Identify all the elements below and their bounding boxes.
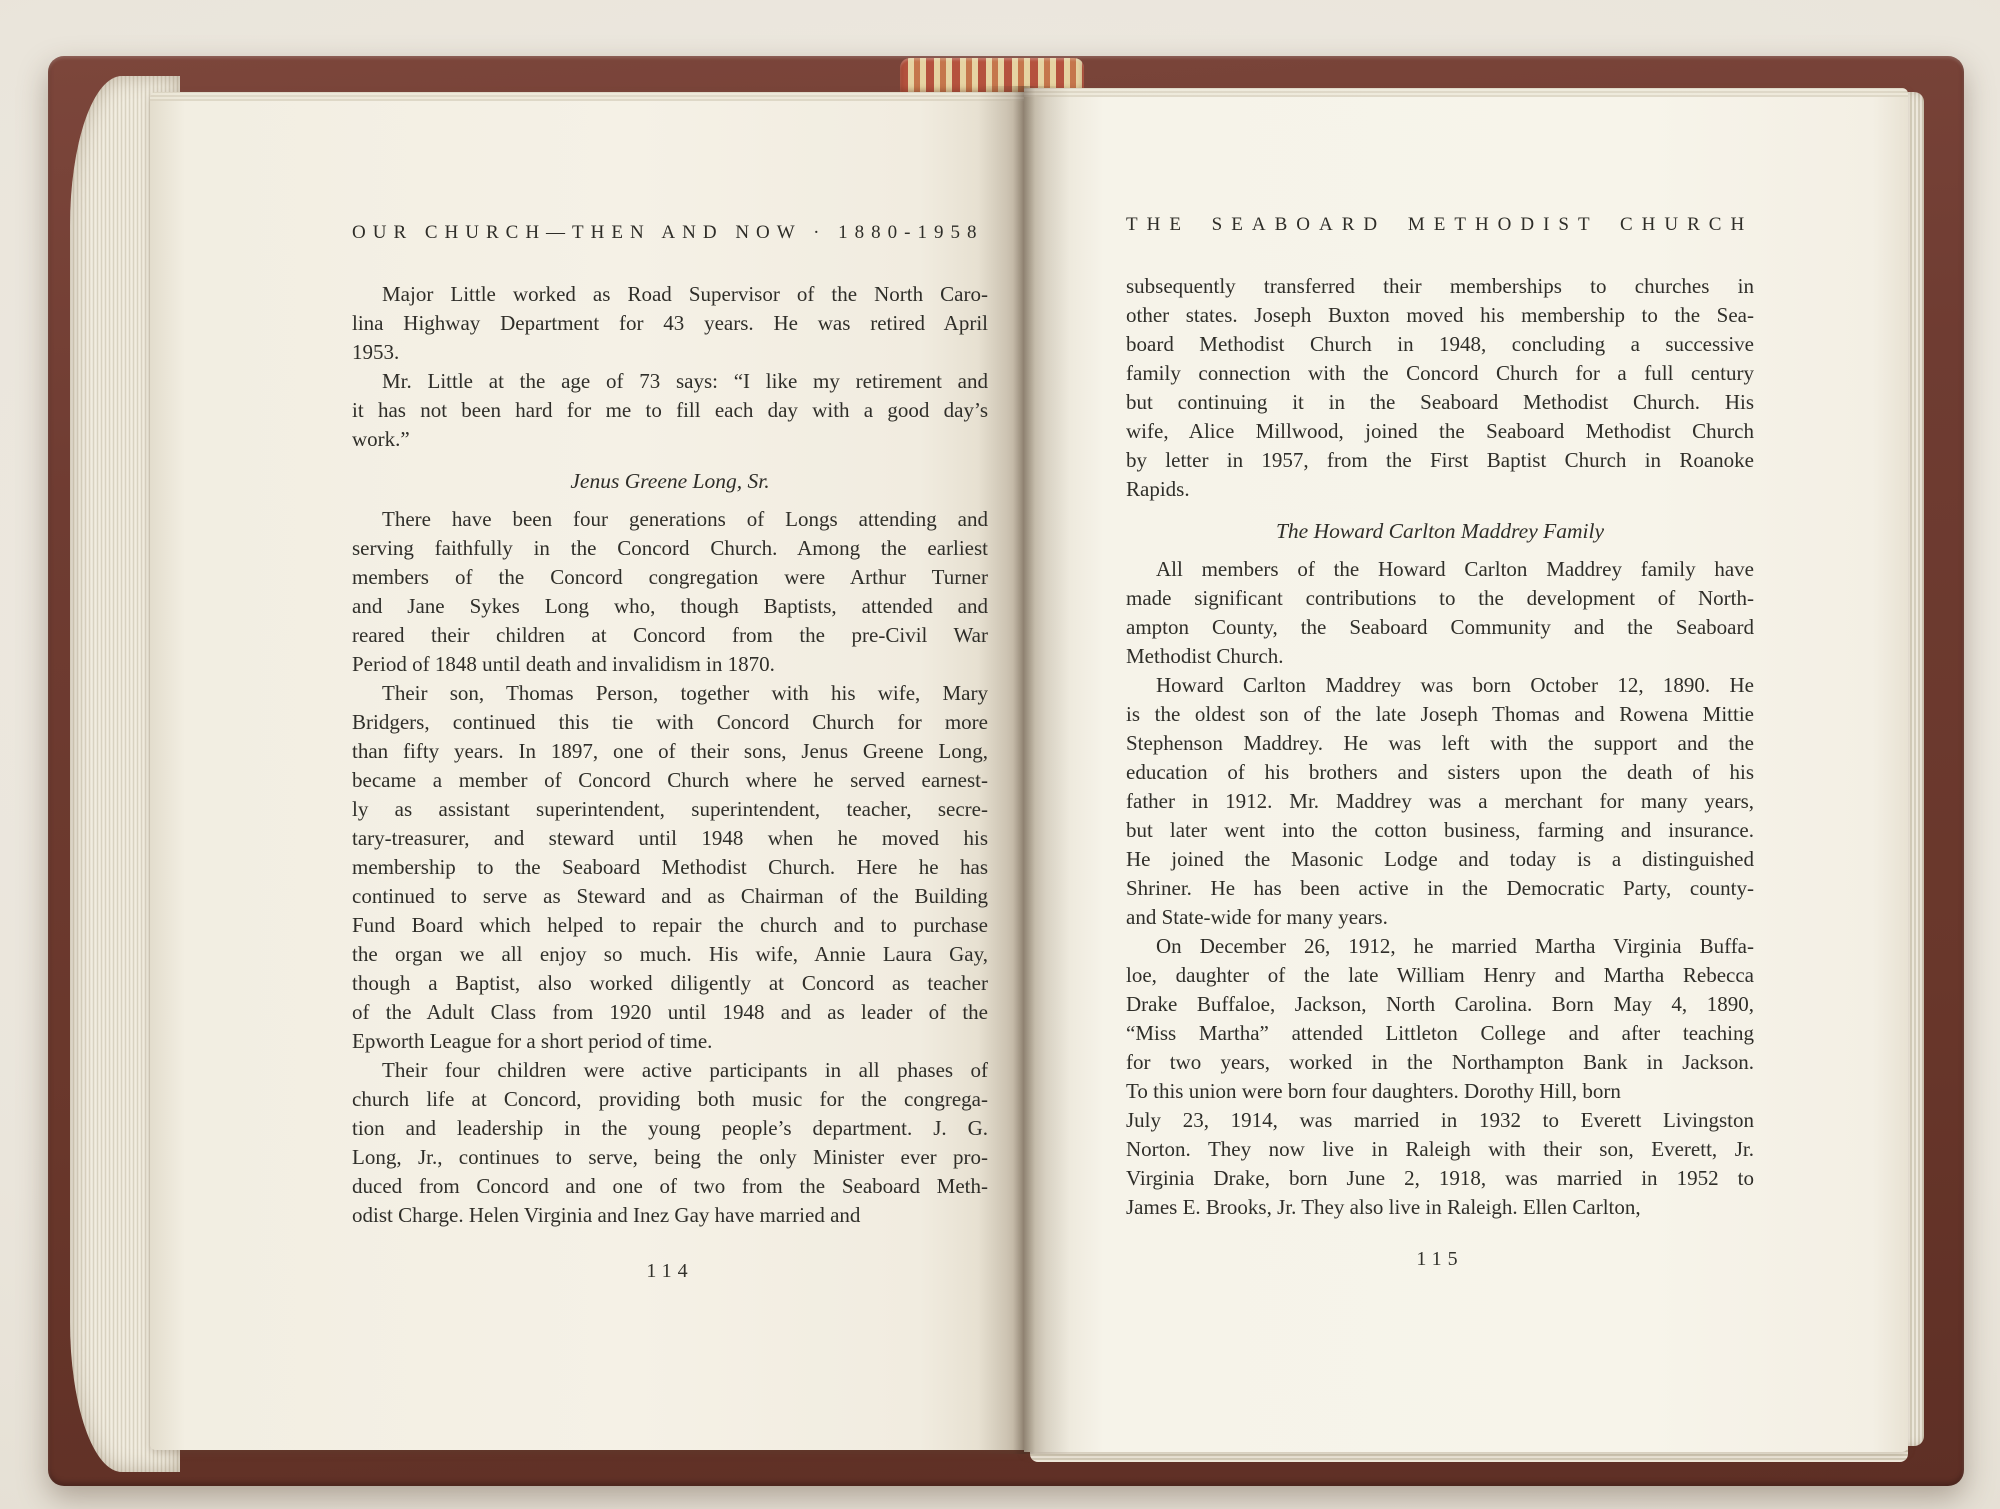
running-head-left: OUR CHURCH—THEN AND NOW · 1880-1958 <box>352 222 988 244</box>
open-book-photo: OUR CHURCH—THEN AND NOW · 1880-1958 Majo… <box>0 0 2000 1509</box>
text-line: church life at Concord, providing both m… <box>352 1085 988 1114</box>
text-line: father in 1912. Mr. Maddrey was a mercha… <box>1126 787 1754 816</box>
text-line: All members of the Howard Carlton Maddre… <box>1126 555 1754 584</box>
text-line: tary-treasurer, and steward until 1948 w… <box>352 824 988 853</box>
text-line: reared their children at Concord from th… <box>352 621 988 650</box>
text-line: Their four children were active particip… <box>352 1056 988 1085</box>
text-line: Shriner. He has been active in the Democ… <box>1126 874 1754 903</box>
text-line: members of the Concord congregation were… <box>352 563 988 592</box>
text-line: but later went into the cotton business,… <box>1126 816 1754 845</box>
text-line: Fund Board which helped to repair the ch… <box>352 911 988 940</box>
page-number-right: 115 <box>1126 1248 1754 1271</box>
paragraph: On December 26, 1912, he married Martha … <box>1126 932 1754 1106</box>
paragraph: Their son, Thomas Person, together with … <box>352 679 988 1056</box>
paragraph: subsequently transferred their membershi… <box>1126 272 1754 504</box>
text-line: ampton County, the Seaboard Community an… <box>1126 613 1754 642</box>
running-head-right: THE SEABOARD METHODIST CHURCH <box>1126 214 1754 236</box>
text-line: and Jane Sykes Long who, though Baptists… <box>352 592 988 621</box>
text-line: Rapids. <box>1126 475 1754 504</box>
text-line: Bridgers, continued this tie with Concor… <box>352 708 988 737</box>
text-line: 1953. <box>352 338 988 367</box>
text-line: became a member of Concord Church where … <box>352 766 988 795</box>
text-line: the organ we all enjoy so much. His wife… <box>352 940 988 969</box>
text-line: Period of 1848 until death and invalidis… <box>352 650 988 679</box>
text-line: serving faithfully in the Concord Church… <box>352 534 988 563</box>
text-line: Virginia Drake, born June 2, 1918, was m… <box>1126 1164 1754 1193</box>
text-line: by letter in 1957, from the First Baptis… <box>1126 446 1754 475</box>
text-line: To this union were born four daughters. … <box>1126 1077 1754 1106</box>
text-line: than fifty years. In 1897, one of their … <box>352 737 988 766</box>
text-line: On December 26, 1912, he married Martha … <box>1126 932 1754 961</box>
text-line: “Miss Martha” attended Littleton College… <box>1126 1019 1754 1048</box>
paragraph: July 23, 1914, was married in 1932 to Ev… <box>1126 1106 1754 1222</box>
text-line: made significant contributions to the de… <box>1126 584 1754 613</box>
text-line: tion and leadership in the young people’… <box>352 1114 988 1143</box>
text-line: education of his brothers and sisters up… <box>1126 758 1754 787</box>
page-number-left: 114 <box>352 1260 988 1283</box>
text-line: Howard Carlton Maddrey was born October … <box>1126 671 1754 700</box>
left-page-body: Major Little worked as Road Supervisor o… <box>352 280 988 1230</box>
text-line: wife, Alice Millwood, joined the Seaboar… <box>1126 417 1754 446</box>
text-line: There have been four generations of Long… <box>352 505 988 534</box>
text-line: continued to serve as Steward and as Cha… <box>352 882 988 911</box>
text-line: and State-wide for many years. <box>1126 903 1754 932</box>
paragraph: Major Little worked as Road Supervisor o… <box>352 280 988 367</box>
text-line: other states. Joseph Buxton moved his me… <box>1126 301 1754 330</box>
text-line: Norton. They now live in Raleigh with th… <box>1126 1135 1754 1164</box>
text-line: Their son, Thomas Person, together with … <box>352 679 988 708</box>
text-line: Drake Buffaloe, Jackson, North Carolina.… <box>1126 990 1754 1019</box>
paragraph: Their four children were active particip… <box>352 1056 988 1230</box>
text-line: duced from Concord and one of two from t… <box>352 1172 988 1201</box>
text-line: Long, Jr., continues to serve, being the… <box>352 1143 988 1172</box>
text-line: membership to the Seaboard Methodist Chu… <box>352 853 988 882</box>
text-line: He joined the Masonic Lodge and today is… <box>1126 845 1754 874</box>
paragraph: Mr. Little at the age of 73 says: “I lik… <box>352 367 988 454</box>
left-page-text: OUR CHURCH—THEN AND NOW · 1880-1958 Majo… <box>352 222 988 1230</box>
paragraph: All members of the Howard Carlton Maddre… <box>1126 555 1754 671</box>
text-line: it has not been hard for me to fill each… <box>352 396 988 425</box>
text-line: Stephenson Maddrey. He was left with the… <box>1126 729 1754 758</box>
text-line: board Methodist Church in 1948, concludi… <box>1126 330 1754 359</box>
text-line: of the Adult Class from 1920 until 1948 … <box>352 998 988 1027</box>
text-line: Mr. Little at the age of 73 says: “I lik… <box>352 367 988 396</box>
right-page-text: THE SEABOARD METHODIST CHURCH subsequent… <box>1126 214 1754 1222</box>
text-line: family connection with the Concord Churc… <box>1126 359 1754 388</box>
text-line: Methodist Church. <box>1126 642 1754 671</box>
paragraph: There have been four generations of Long… <box>352 505 988 679</box>
text-line: James E. Brooks, Jr. They also live in R… <box>1126 1193 1754 1222</box>
section-heading: Jenus Greene Long, Sr. <box>352 467 988 496</box>
text-line: loe, daughter of the late William Henry … <box>1126 961 1754 990</box>
text-line: Epworth League for a short period of tim… <box>352 1027 988 1056</box>
text-line: ly as assistant superintendent, superint… <box>352 795 988 824</box>
text-line: lina Highway Department for 43 years. He… <box>352 309 988 338</box>
text-line: odist Charge. Helen Virginia and Inez Ga… <box>352 1201 988 1230</box>
text-line: for two years, worked in the Northampton… <box>1126 1048 1754 1077</box>
paragraph: Howard Carlton Maddrey was born October … <box>1126 671 1754 932</box>
right-page-body: subsequently transferred their membershi… <box>1126 272 1754 1222</box>
text-line: Major Little worked as Road Supervisor o… <box>352 280 988 309</box>
text-line: is the oldest son of the late Joseph Tho… <box>1126 700 1754 729</box>
section-heading: The Howard Carlton Maddrey Family <box>1126 517 1754 546</box>
text-line: subsequently transferred their membershi… <box>1126 272 1754 301</box>
text-line: July 23, 1914, was married in 1932 to Ev… <box>1126 1106 1754 1135</box>
text-line: work.” <box>352 425 988 454</box>
text-line: though a Baptist, also worked diligently… <box>352 969 988 998</box>
text-line: but continuing it in the Seaboard Method… <box>1126 388 1754 417</box>
